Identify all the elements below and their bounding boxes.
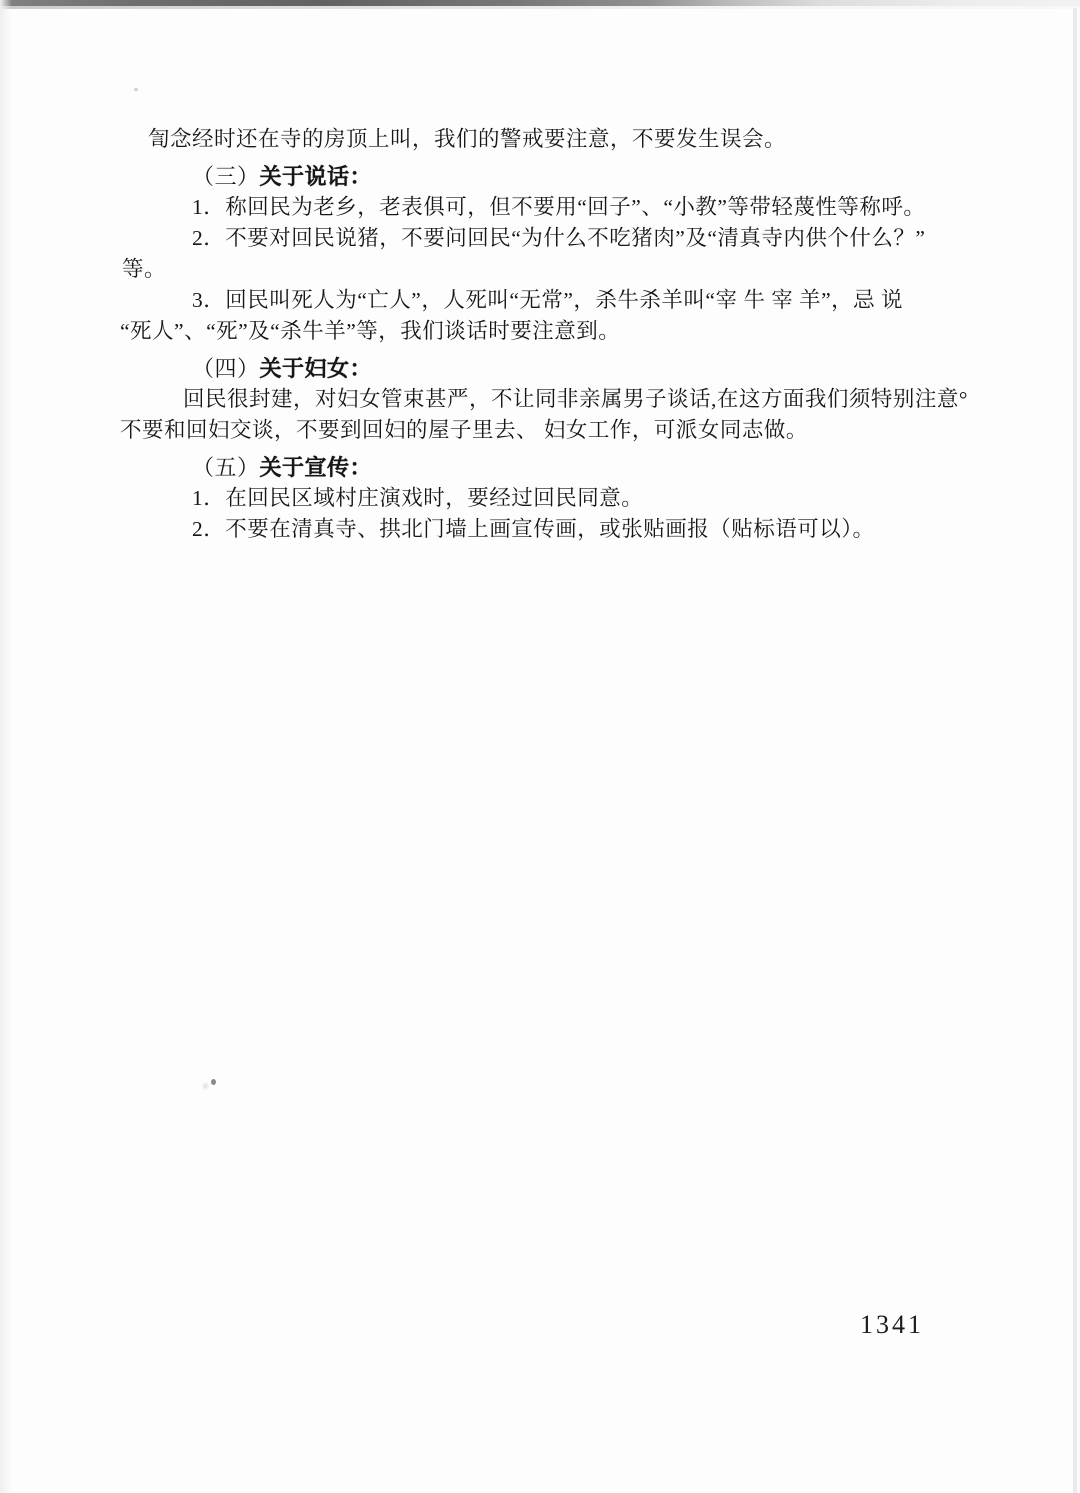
- text-line: 2．不要对回民说猪，不要问回民“为什么不吃猪肉”及“清真寺内供个什么？”: [192, 223, 960, 254]
- text-line: （三）关于说话：: [192, 161, 960, 192]
- document-text-block: 訇念经时还在寺的房顶上叫，我们的警戒要注意，不要发生误会。（三）关于说话：1．称…: [120, 124, 960, 545]
- text-segment: 等。: [122, 257, 166, 281]
- text-segment: 1．在回民区域村庄演戏时，要经过回民同意。: [192, 486, 643, 510]
- text-segment: （四）: [192, 356, 260, 381]
- text-segment-bold: 关于妇女：: [260, 356, 373, 381]
- scan-edge-artifact-right: [1073, 8, 1077, 1493]
- text-segment: 不要和回妇交谈，不要到回妇的屋子里去、 妇女工作，可派女同志做。: [120, 418, 808, 442]
- text-line: 2．不要在清真寺、拱北门墙上画宣传画，或张贴画报（贴标语可以）。: [192, 514, 960, 545]
- scan-speck: [134, 88, 138, 91]
- text-segment: （三）: [192, 164, 260, 189]
- text-segment: 3．回民叫死人为“亡人”，人死叫“无常”，杀牛杀羊叫“宰 牛 宰 羊”，忌 说: [192, 288, 903, 312]
- text-line: 1．称回民为老乡，老表俱可，但不要用“回子”、“小教”等带轻蔑性等称呼。: [192, 192, 960, 223]
- page-number: 1341: [860, 1310, 924, 1340]
- text-segment-bold: 关于宣传：: [260, 455, 373, 480]
- text-line: （五）关于宣传：: [192, 452, 960, 483]
- text-segment: 1．称回民为老乡，老表俱可，但不要用“回子”、“小教”等带轻蔑性等称呼。: [192, 195, 925, 219]
- text-line: 3．回民叫死人为“亡人”，人死叫“无常”，杀牛杀羊叫“宰 牛 宰 羊”，忌 说: [192, 285, 960, 316]
- text-line: 等。: [122, 254, 960, 285]
- text-segment: （五）: [192, 455, 260, 480]
- text-segment: 回民很封建，对妇女管束甚严，不让同非亲属男子谈话,在这方面我们须特别注意°: [183, 387, 968, 411]
- text-segment: “死人”、“死”及“杀牛羊”等，我们谈话时要注意到。: [120, 319, 620, 343]
- text-line: 訇念经时还在寺的房顶上叫，我们的警戒要注意，不要发生误会。: [148, 124, 960, 155]
- text-segment: 訇念经时还在寺的房顶上叫，我们的警戒要注意，不要发生误会。: [148, 127, 786, 151]
- text-line: 不要和回妇交谈，不要到回妇的屋子里去、 妇女工作，可派女同志做。: [120, 415, 960, 446]
- scan-edge-artifact-left: [0, 0, 12, 1493]
- text-line: 1．在回民区域村庄演戏时，要经过回民同意。: [192, 483, 960, 514]
- scan-edge-artifact-top: [0, 0, 1080, 6]
- text-line: 回民很封建，对妇女管束甚严，不让同非亲属男子谈话,在这方面我们须特别注意°: [183, 384, 960, 415]
- text-segment-bold: 关于说话：: [260, 164, 373, 189]
- text-segment: 2．不要在清真寺、拱北门墙上画宣传画，或张贴画报（贴标语可以）。: [192, 517, 875, 541]
- text-line: “死人”、“死”及“杀牛羊”等，我们谈话时要注意到。: [120, 316, 960, 347]
- scan-speck: [211, 1079, 216, 1085]
- scanned-document-page: 訇念经时还在寺的房顶上叫，我们的警戒要注意，不要发生误会。（三）关于说话：1．称…: [0, 0, 1080, 1493]
- text-line: （四）关于妇女：: [192, 353, 960, 384]
- text-segment: 2．不要对回民说猪，不要问回民“为什么不吃猪肉”及“清真寺内供个什么？”: [192, 226, 925, 250]
